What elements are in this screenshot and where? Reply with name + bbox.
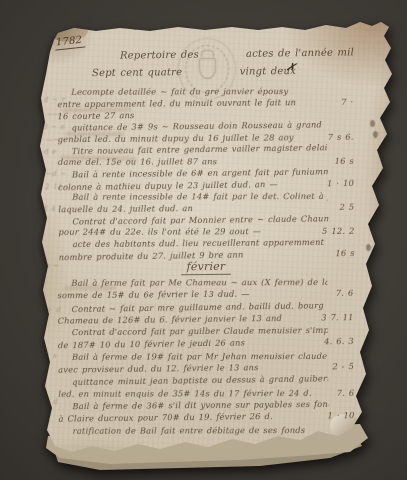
entry-text: Bail à rente incessible de 6# en argent … — [58, 166, 328, 179]
year-text: 1782 — [55, 34, 86, 50]
entry-text: avec proviseur dud. du 12. février le 13… — [58, 362, 259, 374]
entry-amount: 7 s 6. — [324, 131, 354, 141]
entry-text: Chameau de 126# du 6. février janvier le… — [58, 313, 282, 326]
register-entries: Lecompte detaillée ~ fait du gre janvier… — [57, 85, 355, 263]
entry-amount: 3 7. 11 — [317, 312, 354, 322]
entry-text: entre apparemment led. du minuit ouvrant… — [57, 97, 296, 109]
margin-bleed-mark: d 4 — [43, 205, 56, 213]
february-heading-text: février — [181, 260, 232, 275]
register-entry-line: Bail à rente incessible de 14# fait par … — [58, 191, 354, 204]
year-annotation: 1782 — [55, 35, 86, 50]
entry-amount: 7 · — [337, 96, 353, 106]
entry-text: acte des habitants dud. lieu recueillera… — [59, 237, 325, 249]
margin-bleed-mark: 2 s — [45, 352, 57, 360]
title-part3: Sept cent quatre — [92, 67, 182, 79]
entry-amount: 4. 6. 3 — [320, 336, 354, 347]
entry-amount: 2 - 5 — [328, 361, 354, 371]
register-entry-line: Bail à ferme fait par Me Chameau ~ aux (… — [57, 277, 353, 290]
ink-speck — [366, 244, 371, 251]
manuscript-stack: d ~ r —— d ~ e —~ d e c~d ~ 2 11 d 4 s ~… — [0, 0, 407, 480]
photograph-background: d ~ r —— d ~ e —~ d e c~d ~ 2 11 d 4 s ~… — [0, 0, 407, 480]
entry-amount: 7. 6 — [333, 387, 355, 397]
ink-speck — [373, 131, 378, 138]
register-entry-line: pour 244# du 22e. ils l'ont été le 29 ao… — [58, 226, 354, 239]
margin-bleed-mark: p. d — [43, 398, 58, 406]
entry-amount: 5 12. 2 — [318, 226, 354, 236]
entry-text: quittance de 3# 9s ~ Rousseau doin Rouss… — [58, 119, 323, 132]
entry-text: Titre nouveau fait entre gendarme vaille… — [58, 143, 328, 157]
entry-text: de 187# 10 du 10 février le jeudi 26 ans — [58, 338, 245, 351]
entry-amount: 16 s — [331, 156, 354, 166]
entry-text: à Claire ducroux pour 70# du 19. février… — [58, 411, 272, 424]
title-part1: Repertoire des — [120, 50, 199, 62]
margin-bleed-mark: d e — [44, 148, 56, 156]
entry-text: dame del. 15e ou 16. juillet 87 ans — [58, 156, 217, 167]
title-part2: actes de l'année mil — [246, 47, 354, 60]
entry-text: pour 244# du 22e. ils l'ont été le 29 ao… — [58, 226, 261, 237]
ink-speck — [370, 120, 375, 127]
entry-amount: 16 s — [331, 247, 354, 257]
entry-text: ratification de Bail fait entre débitage… — [59, 425, 306, 436]
entry-text: Lecompte detaillée ~ fait du gre janvier… — [57, 86, 288, 97]
page-title-line2: Sept cent quatre vingt deux — [92, 66, 296, 79]
entry-amount: 1 · 10 — [323, 410, 354, 420]
register-entry-line: à Claire ducroux pour 70# du 19. février… — [58, 410, 354, 426]
register-entry-line: Lecompte detaillée ~ fait du gre janvier… — [57, 86, 353, 99]
entry-text: Bail à ferme fait par Me Chameau ~ aux (… — [57, 277, 327, 288]
manuscript-page: d ~ r —— d ~ e —~ d e c~d ~ 2 11 d 4 s ~… — [0, 0, 407, 480]
entry-text: Bail à ferme de 19# fait par Mr Jehan me… — [58, 351, 327, 362]
entry-text: Bail à rente incessible de 14# fait par … — [58, 191, 328, 202]
january-section: Lecompte detaillée ~ fait du gre janvier… — [57, 85, 355, 263]
top-edge-tear — [127, 19, 144, 30]
entry-text: somme de 15# du 6e février le 13 dud. — — [57, 289, 249, 301]
entry-text: led. en minuit enquis de 35# 14s du 17 f… — [58, 388, 311, 399]
entry-text: 16 courte 27 ans — [57, 110, 134, 121]
february-section: Bail à ferme fait par Me Chameau ~ aux (… — [57, 276, 354, 438]
february-heading: février — [58, 259, 354, 277]
entry-amount: 7. 6 — [332, 288, 354, 298]
register-entry-line: led. en minuit enquis de 35# 14s du 17 f… — [58, 387, 354, 400]
entry-text: laquelle du 24. juillet dud. an — [58, 203, 193, 214]
entry-amount: 2 5 — [335, 202, 354, 212]
entry-amount: 1 · 10 — [323, 177, 354, 187]
february-entries-wrap: Bail à ferme fait par Me Chameau ~ aux (… — [57, 276, 354, 438]
entry-text: quittance minuit jean baptiste ou dessus… — [58, 374, 328, 388]
